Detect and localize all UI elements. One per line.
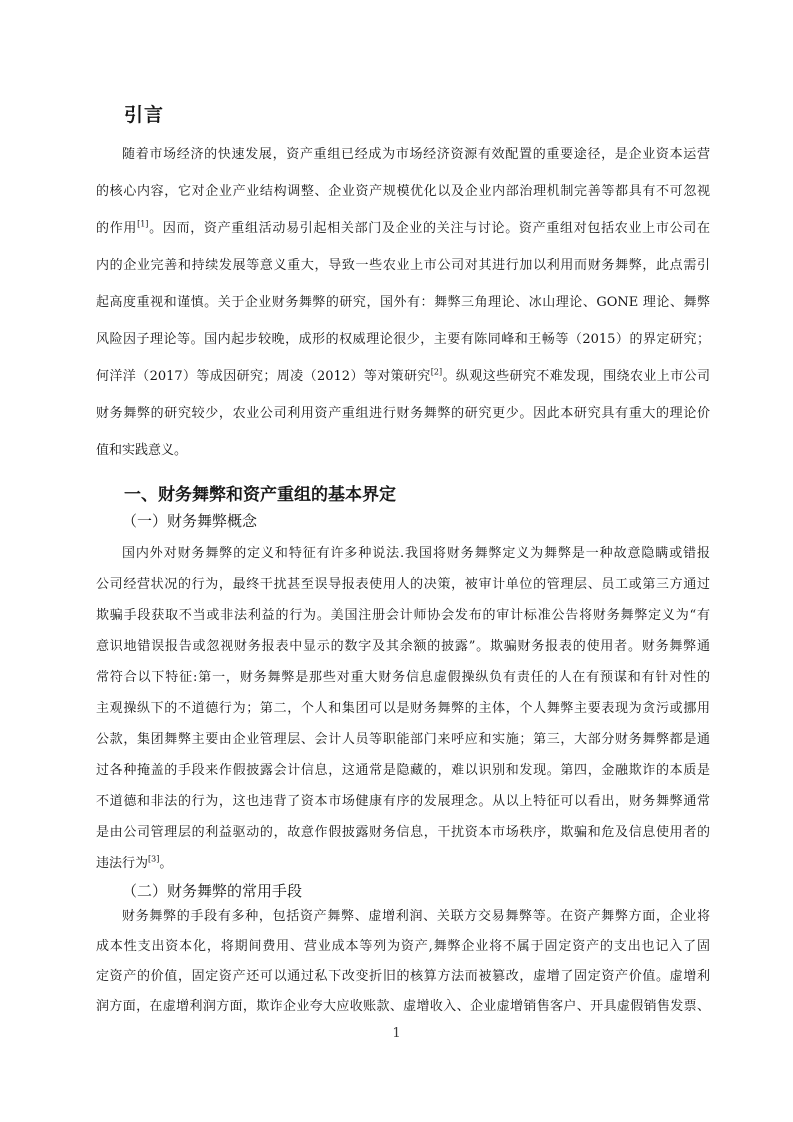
text-run: 定资产的价值，固定资产还可以通过私下改变折旧的核算方法而被篡改，虚增了固定资产价… [96, 969, 710, 984]
text-run: 常符合以下特征:第一，财务舞弊是那些对重大财务信息虚假操纵负有责任的人在有预谋和… [96, 670, 710, 685]
text-run: 成本性支出资本化，将期间费用、营业成本等列为资产,舞弊企业将不属于固定资产的支出… [96, 939, 710, 954]
document-page: 引言 随着市场经济的快速发展，资产重组已经成为市场经济资源有效配置的重要途径，是… [0, 0, 793, 1122]
text-run: 财务舞弊的研究较少，农业公司利用资产重组进行财务舞弊的研究更少。因此本研究具有重… [96, 406, 710, 421]
footnote-ref: [1] [137, 220, 148, 229]
intro-paragraph: 随着市场经济的快速发展，资产重组已经成为市场经济资源有效配置的重要途径，是企业资… [96, 136, 710, 469]
text-line: 值和实践意义。 [96, 432, 710, 469]
text-run: 公司经营状况的行为，最终干扰甚至误导报表使用人的决策，被审计单位的管理层、员工或… [96, 577, 710, 592]
text-run: 主观操纵下的不道德行为；第二，个人和集团可以是财务舞弊的主体，个人舞弊主要表现为… [96, 701, 710, 716]
text-run: 过各种掩盖的手段来作假披露会计信息，这通常是隐藏的，难以识别和发现。第四，金融欺… [96, 763, 710, 778]
text-run: 。纵观这些研究不难发现，围绕农业上市公司 [442, 369, 710, 384]
text-run: 风险因子理论等。国内起步较晚，成形的权威理论很少，主要有陈同峰和王畅等（2015… [96, 332, 710, 347]
text-run: 意识地错误报告或忽视财务报表中显示的数字及其余额的披露”。欺骗财务报表的使用者。… [96, 639, 710, 654]
text-line: 的作用[1]。因而，资产重组活动易引起相关部门及企业的关注与讨论。资产重组对包括… [96, 210, 710, 247]
page-number: 1 [0, 1026, 793, 1041]
text-line: 随着市场经济的快速发展，资产重组已经成为市场经济资源有效配置的重要途径，是企业资… [96, 136, 710, 173]
text-run: 欺骗手段获取不当或非法利益的行为。美国注册会计师协会发布的审计标准公告将财务舞弊… [96, 608, 710, 623]
fraud-methods-paragraph: 财务舞弊的手段有多种，包括资产舞弊、虚增利润、关联方交易舞弊等。在资产舞弊方面，… [96, 902, 710, 1022]
text-line: 国内外对财务舞弊的定义和特征有许多种说法.我国将财务舞弊定义为舞弊是一种故意隐瞒… [96, 538, 710, 569]
text-line: 违法行为[3]。 [96, 848, 710, 879]
text-run: 。 [159, 856, 172, 871]
section-1-heading: 一、财务舞弊和资产重组的基本界定 [124, 480, 396, 505]
text-line: 不道德和非法的行为，这也违背了资本市场健康有序的发展理念。从以上特征可以看出，财… [96, 786, 710, 817]
text-run: 随着市场经济的快速发展，资产重组已经成为市场经济资源有效配置的重要途径，是企业资… [122, 147, 710, 162]
text-run: 何洋洋（2017）等成因研究；周凌（2012）等对策研究 [96, 369, 431, 384]
text-line: 公司经营状况的行为，最终干扰甚至误导报表使用人的决策，被审计单位的管理层、员工或… [96, 569, 710, 600]
text-line: 过各种掩盖的手段来作假披露会计信息，这通常是隐藏的，难以识别和发现。第四，金融欺… [96, 755, 710, 786]
text-line: 财务舞弊的研究较少，农业公司利用资产重组进行财务舞弊的研究更少。因此本研究具有重… [96, 395, 710, 432]
text-line: 常符合以下特征:第一，财务舞弊是那些对重大财务信息虚假操纵负有责任的人在有预谋和… [96, 662, 710, 693]
intro-heading: 引言 [124, 100, 164, 127]
text-line: 定资产的价值，固定资产还可以通过私下改变折旧的核算方法而被篡改，虚增了固定资产价… [96, 962, 710, 992]
text-line: 成本性支出资本化，将期间费用、营业成本等列为资产,舞弊企业将不属于固定资产的支出… [96, 932, 710, 962]
text-line: 主观操纵下的不道德行为；第二，个人和集团可以是财务舞弊的主体，个人舞弊主要表现为… [96, 693, 710, 724]
text-line: 内的企业完善和持续发展等意义重大，导致一些农业上市公司对其进行加以利用而财务舞弊… [96, 247, 710, 284]
text-line: 财务舞弊的手段有多种，包括资产舞弊、虚增利润、关联方交易舞弊等。在资产舞弊方面，… [96, 902, 710, 932]
text-run: 的作用 [96, 221, 137, 236]
text-line: 何洋洋（2017）等成因研究；周凌（2012）等对策研究[2]。纵观这些研究不难… [96, 358, 710, 395]
text-run: 违法行为 [96, 856, 148, 871]
text-line: 欺骗手段获取不当或非法利益的行为。美国注册会计师协会发布的审计标准公告将财务舞弊… [96, 600, 710, 631]
text-run: 公款，集团舞弊主要由企业管理层、会计人员等职能部门来呼应和实施；第三，大部分财务… [96, 732, 710, 747]
text-run: 起高度重视和谨慎。关于企业财务舞弊的研究，国外有：舞弊三角理论、冰山理论、GON… [96, 295, 710, 310]
fraud-concept-paragraph: 国内外对财务舞弊的定义和特征有许多种说法.我国将财务舞弊定义为舞弊是一种故意隐瞒… [96, 538, 710, 879]
text-run: 是由公司管理层的利益驱动的，故意作假披露财务信息，干扰资本市场秩序，欺骗和危及信… [96, 825, 710, 840]
text-run: 润方面，在虚增利润方面，欺诈企业夸大应收账款、虚增收入、企业虚增销售客户、开具虚… [96, 999, 710, 1014]
text-line: 是由公司管理层的利益驱动的，故意作假披露财务信息，干扰资本市场秩序，欺骗和危及信… [96, 817, 710, 848]
text-line: 风险因子理论等。国内起步较晚，成形的权威理论很少，主要有陈同峰和王畅等（2015… [96, 321, 710, 358]
text-run: 不道德和非法的行为，这也违背了资本市场健康有序的发展理念。从以上特征可以看出，财… [96, 794, 710, 809]
text-line: 公款，集团舞弊主要由企业管理层、会计人员等职能部门来呼应和实施；第三，大部分财务… [96, 724, 710, 755]
footnote-ref: [2] [431, 368, 442, 377]
text-line: 意识地错误报告或忽视财务报表中显示的数字及其余额的披露”。欺骗财务报表的使用者。… [96, 631, 710, 662]
text-line: 润方面，在虚增利润方面，欺诈企业夸大应收账款、虚增收入、企业虚增销售客户、开具虚… [96, 992, 710, 1022]
text-run: 值和实践意义。 [96, 443, 187, 458]
subsection-1-1-heading: （一）财务舞弊概念 [122, 510, 257, 531]
text-run: 。因而，资产重组活动易引起相关部门及企业的关注与讨论。资产重组对包括农业上市公司… [148, 221, 710, 236]
text-run: 国内外对财务舞弊的定义和特征有许多种说法.我国将财务舞弊定义为舞弊是一种故意隐瞒… [122, 546, 710, 561]
text-line: 的核心内容，它对企业产业结构调整、企业资产规模优化以及企业内部治理机制完善等都具… [96, 173, 710, 210]
text-run: 的核心内容，它对企业产业结构调整、企业资产规模优化以及企业内部治理机制完善等都具… [96, 184, 710, 199]
text-line: 起高度重视和谨慎。关于企业财务舞弊的研究，国外有：舞弊三角理论、冰山理论、GON… [96, 284, 710, 321]
text-run: 内的企业完善和持续发展等意义重大，导致一些农业上市公司对其进行加以利用而财务舞弊… [96, 258, 710, 273]
subsection-1-2-heading: （二）财务舞弊的常用手段 [122, 880, 302, 901]
text-run: 财务舞弊的手段有多种，包括资产舞弊、虚增利润、关联方交易舞弊等。在资产舞弊方面，… [122, 909, 710, 924]
footnote-ref: [3] [148, 855, 159, 864]
